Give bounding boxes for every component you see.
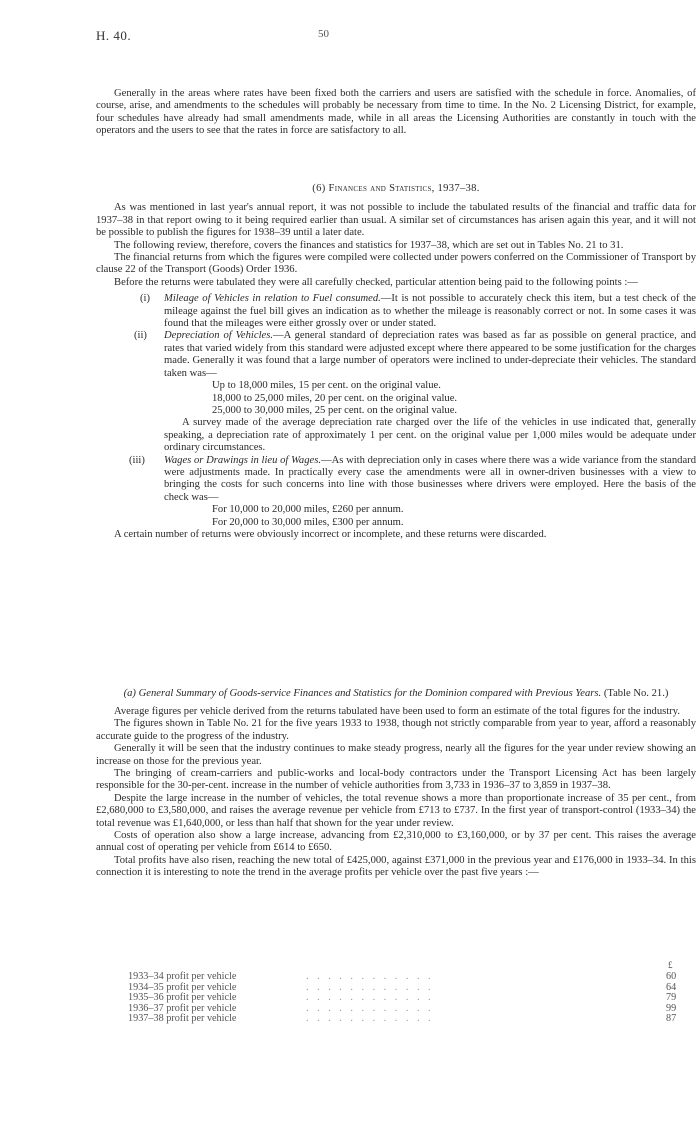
subsection-paragraph: The figures shown in Table No. 21 for th… (96, 718, 696, 743)
subsection-paragraph: Despite the large increase in the number… (96, 793, 696, 830)
section-title: Finances and Statistics, 1937–38. (329, 183, 480, 194)
point-body: Mileage of Vehicles in relation to Fuel … (164, 293, 696, 330)
section-paragraph: Before the returns were tabulated they w… (96, 277, 696, 289)
subsection-paragraph: Average figures per vehicle derived from… (96, 706, 696, 718)
wages-standard: For 20,000 to 30,000 miles, £300 per ann… (164, 517, 696, 529)
section-finances: (6) Finances and Statistics, 1937–38. As… (96, 183, 696, 541)
leader-dots: . . . . . . . . . . . . (306, 972, 636, 983)
point-label: (iii) (129, 455, 145, 467)
point-depreciation: (ii) Depreciation of Vehicles.—A general… (96, 330, 696, 454)
row-value: 60 (666, 972, 676, 983)
point-label: (i) (140, 293, 150, 305)
depreciation-standard: 25,000 to 30,000 miles, 25 per cent. on … (164, 405, 696, 417)
leader-dots: . . . . . . . . . . . . (306, 1014, 636, 1025)
leader-dots: . . . . . . . . . . . . (306, 983, 636, 994)
subsection-paragraph: Total profits have also risen, reaching … (96, 855, 696, 880)
subsection-heading: (a) General Summary of Goods-service Fin… (96, 687, 696, 700)
depreciation-standard: 18,000 to 25,000 miles, 20 per cent. on … (164, 393, 696, 405)
row-label: 1933–34 profit per vehicle (128, 972, 236, 983)
subsection-paragraph: Costs of operation also show a large inc… (96, 830, 696, 855)
point-body: Depreciation of Vehicles.—A general stan… (164, 330, 696, 380)
subsection-title: General Summary of Goods-service Finance… (139, 688, 602, 699)
point-label: (ii) (134, 330, 147, 342)
wages-standard: For 10,000 to 20,000 miles, £260 per ann… (164, 504, 696, 516)
section-paragraph: As was mentioned in last year's annual r… (96, 202, 696, 239)
section-number: (6) (312, 183, 325, 194)
section-closing: A certain number of returns were obvious… (96, 529, 696, 541)
point-mileage: (i) Mileage of Vehicles in relation to F… (96, 293, 696, 330)
section-paragraph: The following review, therefore, covers … (96, 240, 696, 252)
leader-dots: . . . . . . . . . . . . (306, 1004, 636, 1015)
intro-block: Generally in the areas where rates have … (96, 88, 696, 138)
depreciation-survey: A survey made of the average depreciatio… (164, 417, 696, 454)
subsection-label: (a) (124, 688, 136, 699)
section-heading: (6) Finances and Statistics, 1937–38. (96, 183, 696, 195)
point-title: Wages or Drawings in lieu of Wages. (164, 455, 321, 466)
row-label: 1937–38 profit per vehicle (128, 1014, 236, 1025)
table-row: 1937–38 profit per vehicle . . . . . . .… (96, 1014, 696, 1025)
section-paragraph: The financial returns from which the fig… (96, 252, 696, 277)
row-value: 87 (666, 1014, 676, 1025)
subsection-paragraph: Generally it will be seen that the indus… (96, 743, 696, 768)
depreciation-standard: Up to 18,000 miles, 15 per cent. on the … (164, 380, 696, 392)
document-reference: H. 40. (96, 28, 131, 44)
subsection-paragraph: The bringing of cream-carriers and publi… (96, 768, 696, 793)
table-row: 1933–34 profit per vehicle . . . . . . .… (96, 972, 696, 983)
page-number: 50 (318, 28, 329, 40)
subsection-table-ref: (Table No. 21.) (604, 688, 669, 699)
point-wages: (iii) Wages or Drawings in lieu of Wages… (96, 455, 696, 529)
point-title: Depreciation of Vehicles. (164, 330, 273, 341)
profit-per-vehicle-table: £ 1933–34 profit per vehicle . . . . . .… (96, 972, 696, 1025)
subsection-general-summary: (a) General Summary of Goods-service Fin… (96, 687, 696, 880)
leader-dots: . . . . . . . . . . . . (306, 993, 636, 1004)
intro-paragraph: Generally in the areas where rates have … (96, 88, 696, 138)
point-title: Mileage of Vehicles in relation to Fuel … (164, 293, 381, 304)
point-body: Wages or Drawings in lieu of Wages.—As w… (164, 455, 696, 505)
page-header: H. 40. 50 (96, 28, 696, 48)
currency-header: £ (668, 960, 673, 970)
